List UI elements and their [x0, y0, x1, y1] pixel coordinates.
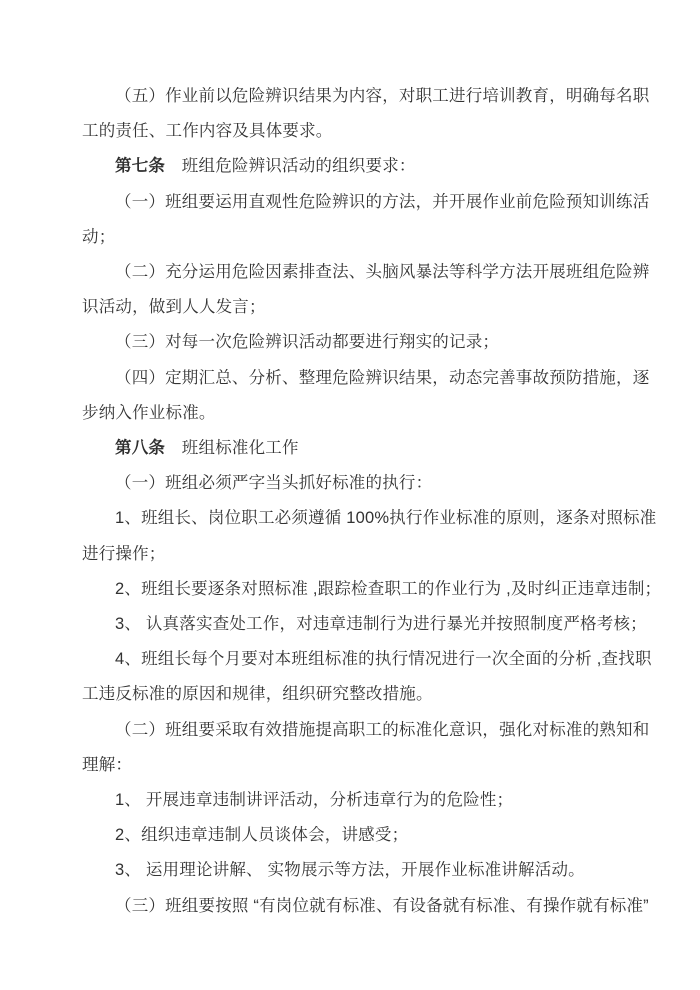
text-segment: （一）班组要运用直观性危险辨识的方法，并开展作业前危险预知训练活: [115, 193, 649, 211]
text-line: （三）班组要按照 “有岗位就有标准、有设备就有标准、有操作就有标准”: [82, 889, 647, 924]
text-line: 2、组织违章违制人员谈体会，讲感受；: [82, 818, 647, 853]
text-line: （二）班组要采取有效措施提高职工的标准化意识，强化对标准的熟知和: [82, 713, 647, 748]
text-line: 工违反标准的原因和规律，组织研究整改措施。: [82, 677, 647, 712]
text-line: （三）对每一次危险辨识活动都要进行翔实的记录；: [82, 325, 647, 360]
text-segment: 班组危险辨识活动的组织要求：: [165, 157, 416, 175]
text-line: （二）充分运用危险因素排查法、头脑风暴法等科学方法开展班组危险辨: [82, 255, 647, 290]
text-line: 识活动，做到人人发言；: [82, 290, 647, 325]
text-segment: 1、班组长、岗位职工必须遵循 100%执行作业标准的原则，逐条对照标准: [115, 509, 656, 527]
text-line: 第八条 班组标准化工作: [82, 431, 647, 466]
text-line: 进行操作；: [82, 537, 647, 572]
text-line: （一）班组要运用直观性危险辨识的方法，并开展作业前危险预知训练活: [82, 185, 647, 220]
text-segment: 步纳入作业标准。: [82, 404, 216, 422]
text-line: 1、班组长、岗位职工必须遵循 100%执行作业标准的原则，逐条对照标准: [82, 501, 647, 536]
text-segment: 2、组织违章违制人员谈体会，讲感受；: [115, 826, 408, 844]
text-line: 3、 认真落实查处工作，对违章违制行为进行暴光并按照制度严格考核；: [82, 607, 647, 642]
document-body: （五）作业前以危险辨识结果为内容，对职工进行培训教育，明确每名职工的责任、工作内…: [82, 79, 647, 924]
text-segment: 4、班组长每个月要对本班组标准的执行情况进行一次全面的分析 ,查找职: [115, 650, 652, 668]
text-line: 步纳入作业标准。: [82, 396, 647, 431]
text-line: 2、班组长要逐条对照标准 ,跟踪检查职工的作业行为 ,及时纠正违章违制；: [82, 572, 647, 607]
text-line: 4、班组长每个月要对本班组标准的执行情况进行一次全面的分析 ,查找职: [82, 642, 647, 677]
text-segment: （三）班组要按照 “有岗位就有标准、有设备就有标准、有操作就有标准”: [115, 897, 649, 915]
text-segment: 进行操作；: [82, 545, 166, 563]
text-segment: 3、 运用理论讲解、 实物展示等方法，开展作业标准讲解活动。: [115, 861, 585, 879]
text-segment: 动；: [82, 228, 115, 246]
text-line: （一）班组必须严字当头抓好标准的执行：: [82, 466, 647, 501]
text-segment: 理解：: [82, 756, 132, 774]
article-heading-segment: 第八条: [115, 439, 165, 457]
text-segment: （二）班组要采取有效措施提高职工的标准化意识，强化对标准的熟知和: [115, 721, 649, 739]
text-segment: 班组标准化工作: [165, 439, 299, 457]
text-line: 工的责任、工作内容及具体要求。: [82, 114, 647, 149]
text-line: 3、 运用理论讲解、 实物展示等方法，开展作业标准讲解活动。: [82, 853, 647, 888]
text-segment: 2、班组长要逐条对照标准 ,跟踪检查职工的作业行为 ,及时纠正违章违制；: [115, 580, 661, 598]
text-segment: 1、 开展违章违制讲评活动，分析违章行为的危险性；: [115, 791, 513, 809]
text-segment: （五）作业前以危险辨识结果为内容，对职工进行培训教育，明确每名职: [115, 87, 649, 105]
text-line: 动；: [82, 220, 647, 255]
text-segment: 工的责任、工作内容及具体要求。: [82, 122, 333, 140]
text-segment: （四）定期汇总、分析、整理危险辨识结果，动态完善事故预防措施，逐: [115, 369, 649, 387]
text-segment: 工违反标准的原因和规律，组织研究整改措施。: [82, 685, 433, 703]
text-segment: （二）充分运用危险因素排查法、头脑风暴法等科学方法开展班组危险辨: [115, 263, 649, 281]
text-line: 第七条 班组危险辨识活动的组织要求：: [82, 149, 647, 184]
text-segment: 识活动，做到人人发言；: [82, 298, 266, 316]
text-line: 1、 开展违章违制讲评活动，分析违章行为的危险性；: [82, 783, 647, 818]
text-segment: 3、 认真落实查处工作，对违章违制行为进行暴光并按照制度严格考核；: [115, 615, 647, 633]
article-heading-segment: 第七条: [115, 157, 165, 175]
text-line: （四）定期汇总、分析、整理危险辨识结果，动态完善事故预防措施，逐: [82, 361, 647, 396]
document-page: （五）作业前以危险辨识结果为内容，对职工进行培训教育，明确每名职工的责任、工作内…: [0, 0, 700, 990]
text-line: （五）作业前以危险辨识结果为内容，对职工进行培训教育，明确每名职: [82, 79, 647, 114]
text-segment: （三）对每一次危险辨识活动都要进行翔实的记录；: [115, 333, 499, 351]
text-segment: （一）班组必须严字当头抓好标准的执行：: [115, 474, 432, 492]
text-line: 理解：: [82, 748, 647, 783]
